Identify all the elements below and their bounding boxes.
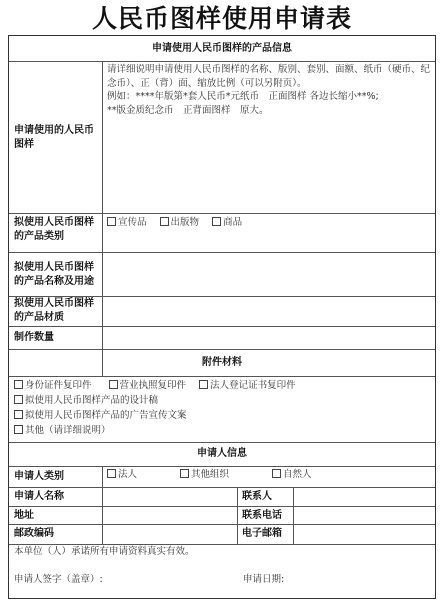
option-legal-cert[interactable]: 法人登记证书复印件	[199, 380, 296, 391]
instructions-rmb-design[interactable]: 请详细说明申请使用人民币图样的名称、版别、套别、面额、纸币（硬币、纪念币）、正（…	[107, 63, 433, 117]
divider	[9, 466, 435, 467]
option-publication[interactable]: 出版物	[160, 217, 200, 228]
signature-field[interactable]	[109, 569, 229, 587]
label-contact-person: 联系人	[242, 490, 272, 504]
divider	[9, 349, 435, 350]
option-ad-copy[interactable]: 拟使用人民币图样产品的广告宣传文案	[14, 408, 432, 423]
application-form-table: 申请使用人民币图样的产品信息 申请使用的人民币图样 请详细说明申请使用人民币图样…	[8, 35, 436, 599]
checkbox-icon[interactable]	[14, 380, 23, 389]
phone-field[interactable]	[294, 507, 436, 524]
checkbox-icon[interactable]	[14, 395, 23, 404]
product-material-field[interactable]	[103, 297, 436, 326]
instruction-example: **版金质纪念币 正背面图样 原大。	[107, 104, 433, 118]
attachments-list: 身份证件复印件 营业执照复印件 法人登记证书复印件 拟使用人民币图样产品的设计稿…	[14, 378, 432, 438]
label-quantity: 制作数量	[14, 331, 100, 345]
label-email: 电子邮箱	[242, 527, 282, 541]
option-other-org[interactable]: 其他组织	[180, 468, 229, 482]
option-other[interactable]: 其他（请详细说明）	[14, 423, 432, 438]
label-applicant-name: 申请人名称	[14, 490, 64, 504]
instruction-example: 例如：****年版第*套人民币*元纸币 正面图样 各边长缩小**%;	[107, 90, 433, 104]
applicant-name-field[interactable]	[103, 488, 237, 506]
option-natural-person[interactable]: 自然人	[272, 468, 312, 482]
option-promo[interactable]: 宣传品	[107, 217, 147, 228]
label-product-material: 拟使用人民币图样的产品材质	[14, 297, 100, 325]
section-header-product-info: 申请使用人民币图样的产品信息	[9, 42, 435, 56]
label-address: 地址	[14, 509, 34, 523]
section-header-attachments: 附件材料	[9, 356, 435, 370]
divider	[9, 442, 435, 443]
option-business-license[interactable]: 营业执照复印件	[109, 380, 187, 391]
checkbox-icon[interactable]	[160, 217, 169, 226]
label-applicant-category: 申请人类别	[14, 470, 64, 484]
page-title: 人民币图样使用申请表	[0, 4, 444, 34]
postal-code-field[interactable]	[103, 525, 237, 544]
divider	[9, 213, 435, 214]
label-rmb-design: 申请使用的人民币图样	[14, 124, 100, 152]
checkbox-icon[interactable]	[107, 217, 116, 226]
signature-label: 申请人签字（盖章）:	[14, 573, 103, 587]
checkbox-icon[interactable]	[109, 380, 118, 389]
divider	[237, 487, 238, 544]
quantity-field[interactable]	[103, 327, 436, 349]
checkbox-icon[interactable]	[14, 410, 23, 419]
product-name-usage-field[interactable]	[103, 253, 436, 296]
label-postal-code: 邮政编码	[14, 527, 54, 541]
divider	[9, 61, 435, 62]
checkbox-icon[interactable]	[212, 217, 221, 226]
label-product-category: 拟使用人民币图样的产品类别	[14, 216, 100, 244]
date-label: 申请日期:	[243, 573, 284, 587]
checkbox-icon[interactable]	[107, 469, 116, 478]
declaration-text: 本单位（人）承诺所有申请资料真实有效。	[14, 545, 195, 559]
date-field[interactable]	[299, 569, 429, 587]
instruction-text: 请详细说明申请使用人民币图样的名称、版别、套别、面额、纸币（硬币、纪念币）、正（…	[107, 63, 433, 90]
checkbox-icon[interactable]	[199, 380, 208, 389]
email-field[interactable]	[294, 525, 436, 544]
checkbox-icon[interactable]	[180, 469, 189, 478]
contact-person-field[interactable]	[294, 488, 436, 506]
label-phone: 联系电话	[242, 509, 282, 523]
checkbox-icon[interactable]	[272, 469, 281, 478]
product-category-options: 宣传品 出版物 商品	[107, 216, 252, 230]
label-product-name-usage: 拟使用人民币图样的产品名称及用途	[14, 261, 100, 289]
checkbox-icon[interactable]	[14, 425, 23, 434]
option-goods[interactable]: 商品	[212, 217, 242, 228]
option-legal-person[interactable]: 法人	[107, 468, 137, 482]
section-header-applicant: 申请人信息	[9, 447, 435, 461]
option-design-draft[interactable]: 拟使用人民币图样产品的设计稿	[14, 393, 432, 408]
attachments-line-1: 身份证件复印件 营业执照复印件 法人登记证书复印件	[14, 378, 432, 393]
option-id-copy[interactable]: 身份证件复印件	[14, 380, 92, 391]
divider	[9, 376, 435, 377]
address-field[interactable]	[103, 507, 237, 524]
